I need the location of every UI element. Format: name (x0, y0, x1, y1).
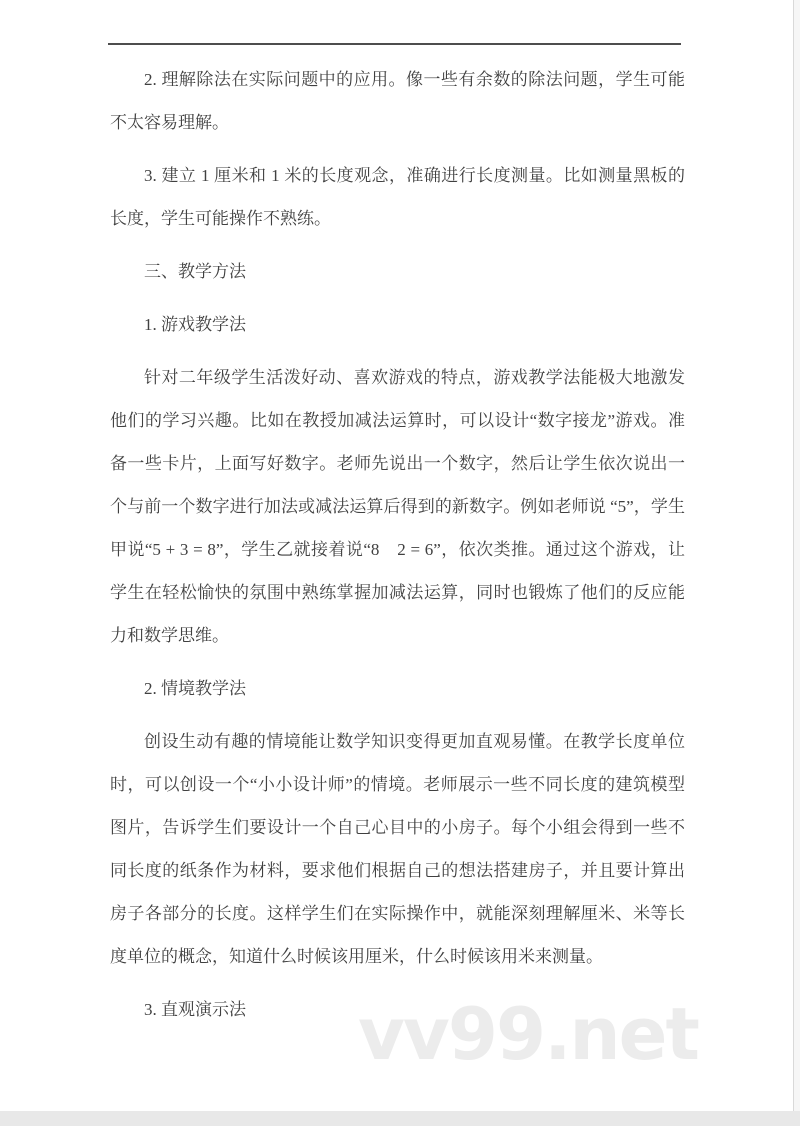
next-page-top-edge (0, 1126, 800, 1137)
heading-teaching-methods: 三、教学方法 (110, 250, 685, 293)
document-page: vv99.net 2. 理解除法在实际问题中的应用。像一些有余数的除法问题，学生… (0, 0, 794, 1111)
heading-visual-demonstration-method: 3. 直观演示法 (110, 988, 685, 1031)
document-body: 2. 理解除法在实际问题中的应用。像一些有余数的除法问题，学生可能不太容易理解。… (110, 58, 685, 1031)
document-viewport: vv99.net 2. 理解除法在实际问题中的应用。像一些有余数的除法问题，学生… (0, 0, 800, 1137)
top-divider-rule (108, 43, 681, 45)
paragraph-division-application: 2. 理解除法在实际问题中的应用。像一些有余数的除法问题，学生可能不太容易理解。 (110, 58, 685, 144)
heading-situational-teaching-method: 2. 情境教学法 (110, 667, 685, 710)
paragraph-situational-teaching-detail: 创设生动有趣的情境能让数学知识变得更加直观易懂。在教学长度单位时，可以创设一个“… (110, 720, 685, 978)
page-separator-gap (0, 1111, 800, 1126)
paragraph-game-teaching-detail: 针对二年级学生活泼好动、喜欢游戏的特点，游戏教学法能极大地激发他们的学习兴趣。比… (110, 356, 685, 657)
heading-game-teaching-method: 1. 游戏教学法 (110, 303, 685, 346)
paragraph-length-concept: 3. 建立 1 厘米和 1 米的长度观念，准确进行长度测量。比如测量黑板的长度，… (110, 154, 685, 240)
